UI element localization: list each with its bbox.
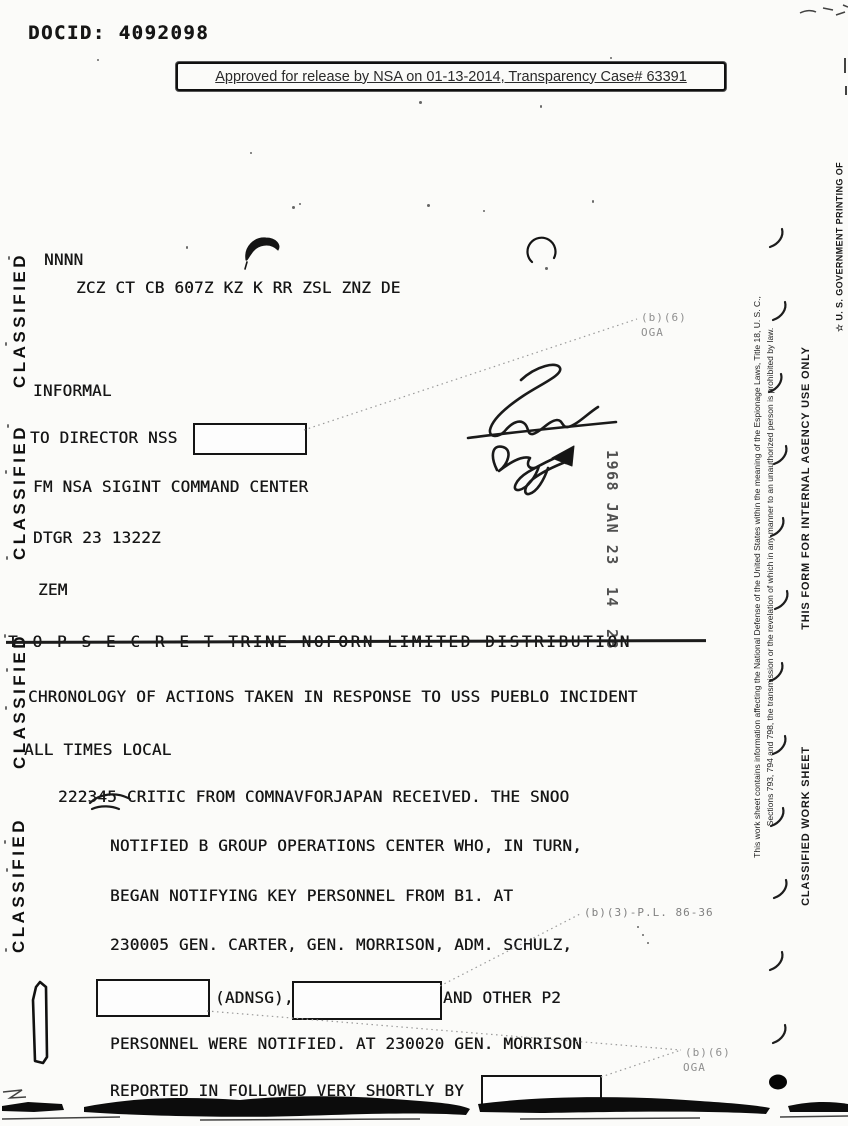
pen-outline-shape [33, 982, 47, 1063]
classified-stamp: CLASSIFIED [10, 424, 30, 560]
scan-speck [97, 59, 99, 61]
scan-speck [6, 868, 8, 872]
scan-speck [419, 101, 422, 104]
scan-speck [647, 942, 649, 944]
telegram-line-dtg: DTGR 23 1322Z [33, 528, 161, 547]
chronology-entry: REPORTED IN FOLLOWED VERY SHORTLY BY [110, 1081, 464, 1100]
telegram-line-to: TO DIRECTOR NSS [30, 428, 178, 447]
scan-speck [250, 152, 252, 154]
scan-speck [610, 57, 612, 59]
chronology-entry: NOTIFIED B GROUP OPERATIONS CENTER WHO, … [110, 836, 582, 855]
chronology-entry: 222345 CRITIC FROM COMNAVFORJAPAN RECEIV… [58, 787, 569, 806]
scan-speck [4, 634, 6, 638]
printing-office-text: ☆ U. S. GOVERNMENT PRINTING OF [835, 162, 846, 332]
scan-speck [299, 203, 301, 205]
scan-speck [427, 204, 430, 207]
scan-speck [637, 926, 639, 928]
chronology-entry: PERSONNEL WERE NOTIFIED. AT 230020 GEN. … [110, 1034, 582, 1053]
scan-speck [5, 470, 7, 474]
espionage-warning-line1: This work sheet contains information aff… [752, 296, 762, 858]
ink-dot [769, 1075, 787, 1090]
telegram-line: ZCZ CT CB 607Z KZ K RR ZSL ZNZ DE [76, 278, 400, 297]
scan-speck [4, 840, 6, 844]
worksheet-title: CLASSIFIED WORK SHEET [800, 746, 812, 906]
release-banner-text: Approved for release by NSA on 01-13-201… [215, 69, 687, 85]
telegram-line: NNNN [44, 250, 83, 269]
telegram-line: ALL TIMES LOCAL [24, 740, 172, 759]
chronology-entry: (ADNSG), [215, 988, 294, 1007]
chronology-entry: AND OTHER P2 [443, 988, 561, 1007]
foia-exemption-label: (b)(6) [685, 1046, 731, 1059]
redaction-box [193, 423, 307, 455]
scan-speck [5, 342, 7, 346]
scan-speck [483, 210, 485, 212]
scan-speck [642, 934, 644, 936]
scan-speck [5, 948, 7, 952]
handwritten-annotation [468, 365, 616, 494]
scan-speck [186, 246, 188, 249]
scan-artifacts-overlay [0, 0, 848, 1126]
foia-exemption-label: (b)(3)-P.L. 86-36 [584, 906, 714, 919]
foia-exemption-org: OGA [683, 1061, 706, 1074]
foia-exemption-org: OGA [641, 326, 664, 339]
scanned-document: DOCID: 4092098 Approved for release by N… [0, 0, 848, 1126]
scan-speck [292, 206, 295, 209]
internal-use-notice: THIS FORM FOR INTERNAL AGENCY USE ONLY [800, 346, 812, 629]
classified-stamp: CLASSIFIED [9, 817, 29, 953]
espionage-warning-line2: Sections 793, 794 and 798, the transmiss… [765, 328, 775, 827]
redaction-box [481, 1075, 602, 1109]
scan-speck [6, 668, 8, 672]
classified-stamp: CLASSIFIED [10, 252, 30, 388]
foia-exemption-label: (b)(6) [641, 311, 687, 324]
scan-speck [6, 556, 8, 560]
docid-label: DOCID: 4092098 [28, 22, 209, 44]
telegram-line: INFORMAL [33, 381, 112, 400]
scan-speck [7, 424, 9, 428]
telegram-line-from: FM NSA SIGINT COMMAND CENTER [33, 477, 308, 496]
date-received-stamp: 1968 JAN 23 14 28 [603, 450, 621, 650]
subject-line: CHRONOLOGY OF ACTIONS TAKEN IN RESPONSE … [28, 687, 638, 706]
scan-speck [8, 256, 10, 260]
chronology-entry: 230005 GEN. CARTER, GEN. MORRISON, ADM. … [110, 935, 572, 954]
scan-speck [5, 706, 7, 710]
scan-speck [592, 200, 594, 203]
scan-speck [540, 105, 542, 108]
pen-arc-marks [245, 238, 555, 269]
telegram-line: ZEM [38, 580, 68, 599]
redaction-box [96, 979, 210, 1017]
scan-speck [545, 267, 548, 270]
chronology-entry: BEGAN NOTIFYING KEY PERSONNEL FROM B1. A… [110, 886, 513, 905]
redaction-box [292, 981, 442, 1020]
release-banner: Approved for release by NSA on 01-13-201… [176, 62, 726, 91]
